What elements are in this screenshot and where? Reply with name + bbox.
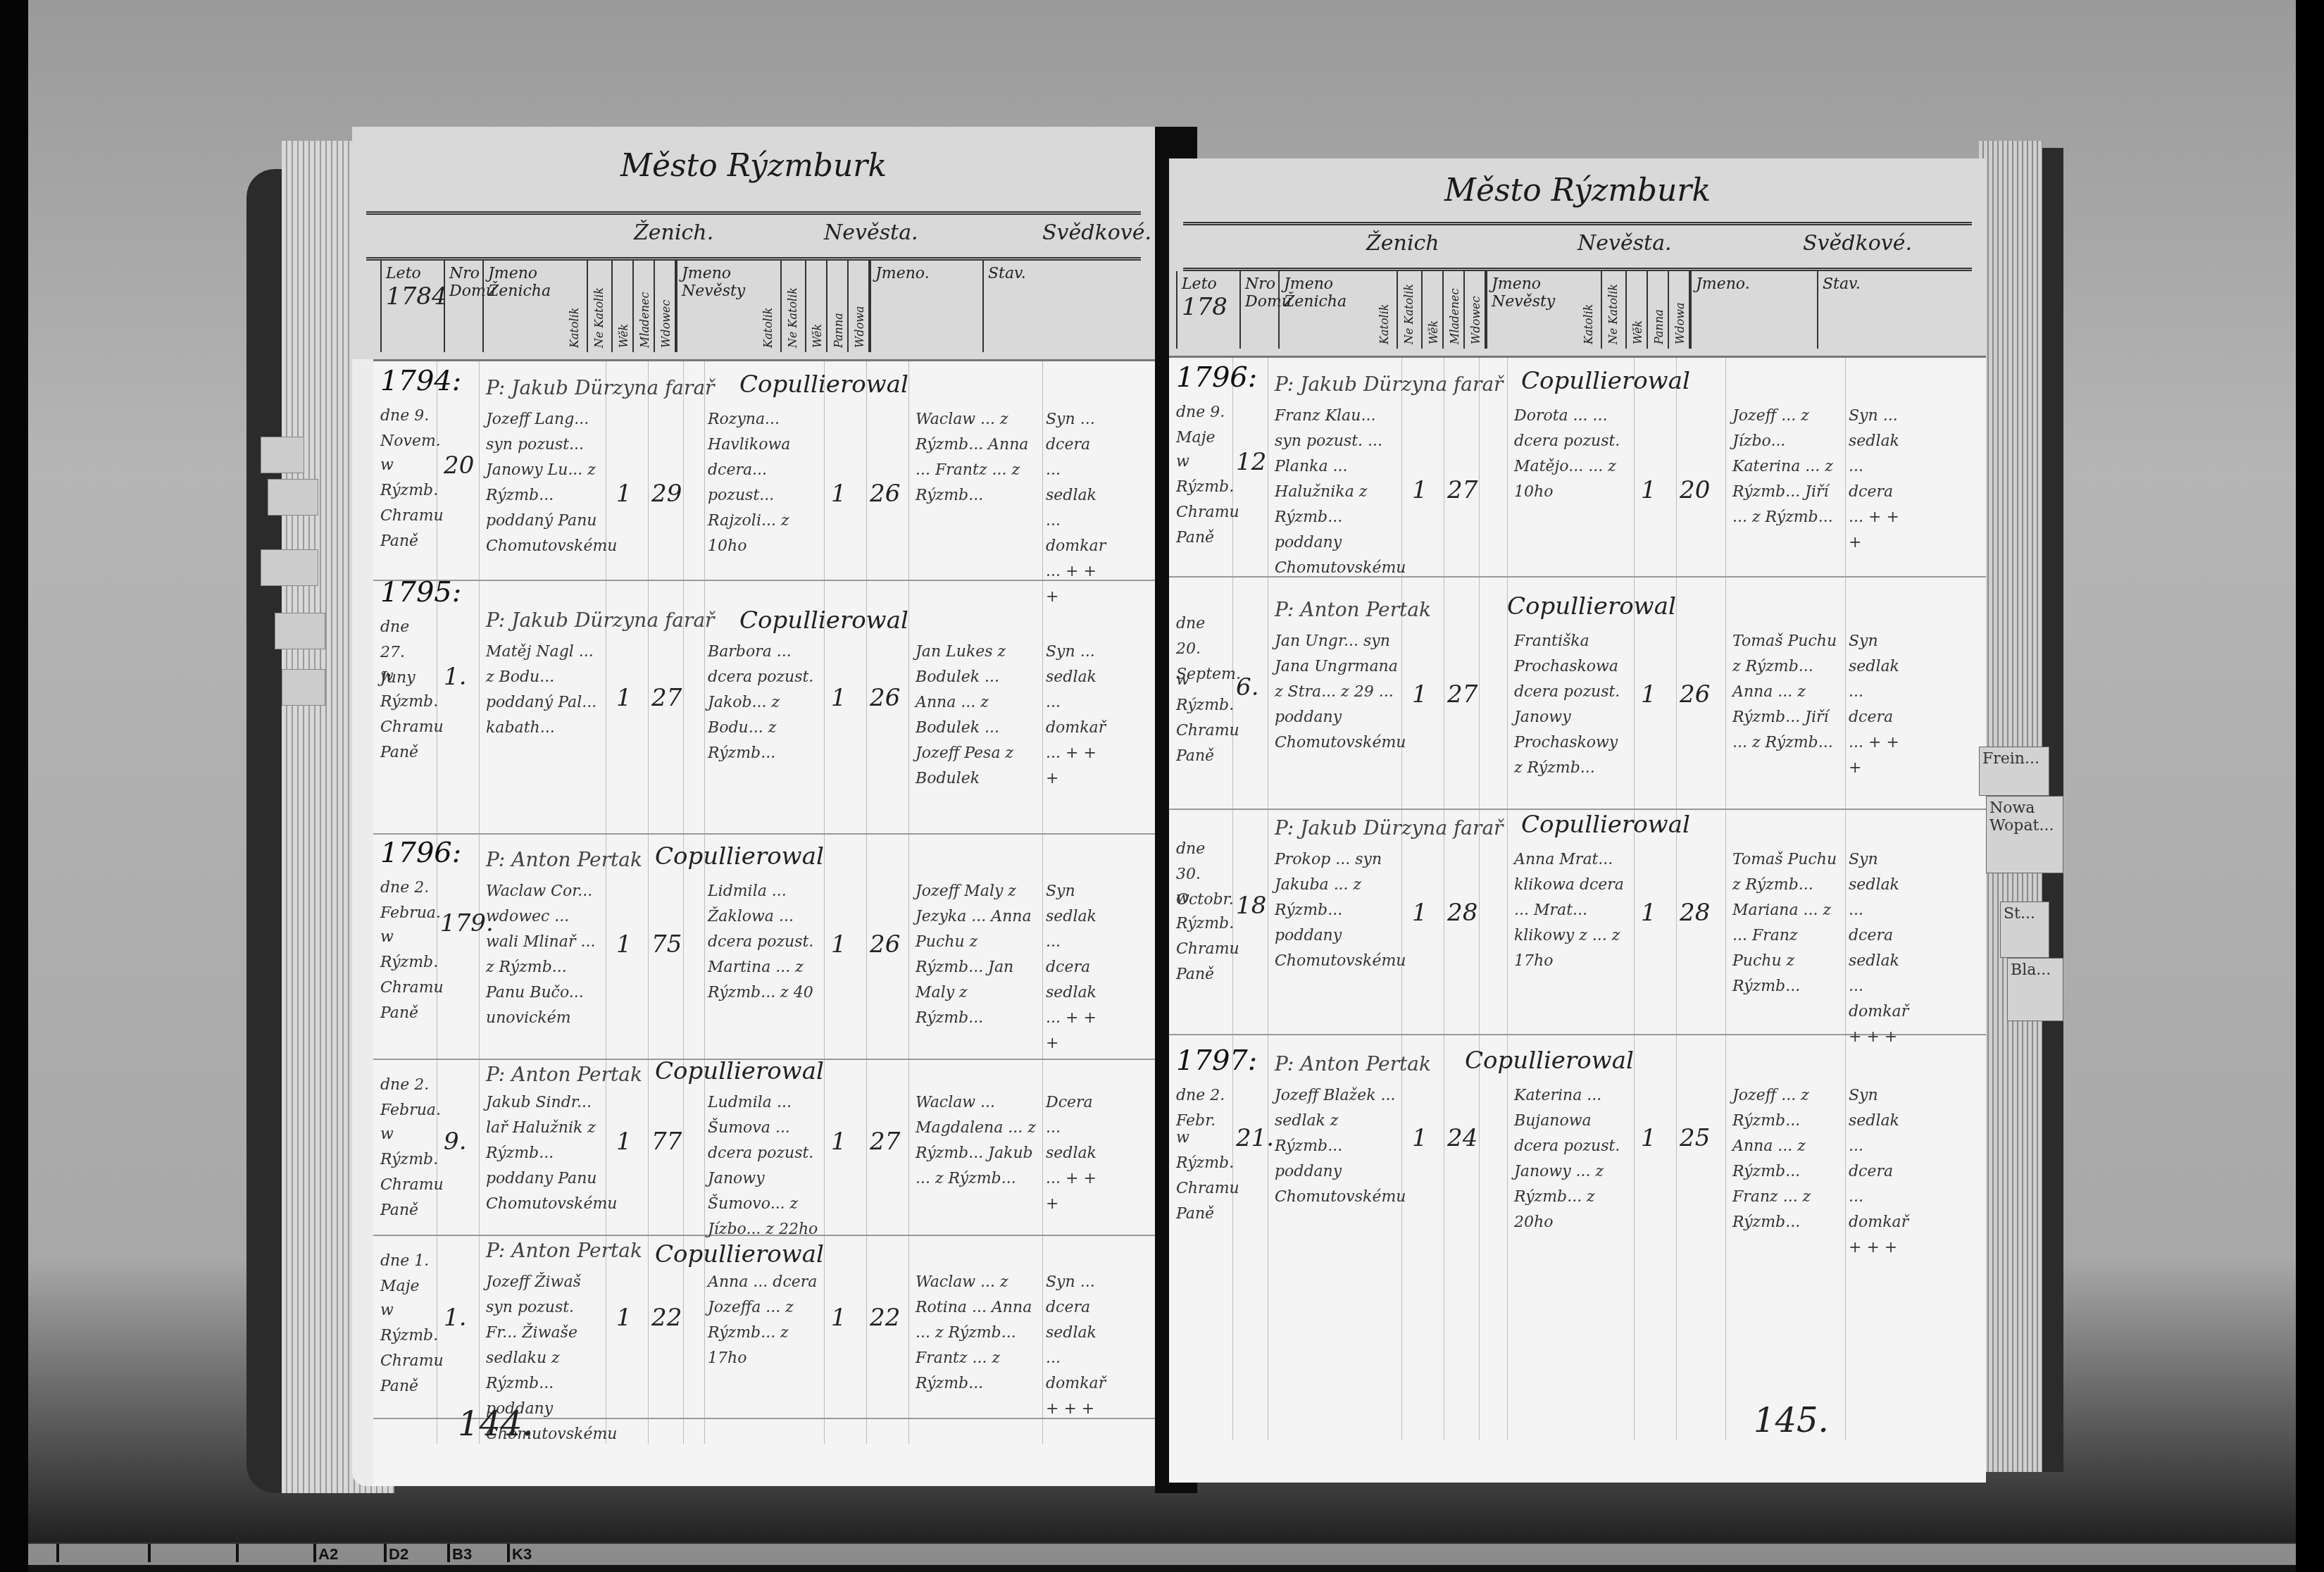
group-header-witnesses: Svědkové. [1042,220,1151,245]
film-ruler: A2 D2 B3 K3 [28,1542,2296,1565]
page-number-left: 144. [458,1404,533,1444]
col-groom-name: Jmeno Ženicha [482,261,563,352]
group-header-bride: Nevěsta. [824,220,918,245]
group-header-row: Ženich Nevěsta. Svědkové. [1183,222,1972,271]
register-book: Město Rýzmburk Ženich. Nevěsta. Svědkové… [246,127,2063,1500]
col-year: Leto178 [1176,271,1239,349]
register-entry: 1796: dne 2. Februa. w Rýzmb. Chramu Pan… [373,833,1155,1060]
page-title: Město Rýzmburk [352,148,1155,184]
index-tab [275,613,325,649]
col-bride-noncatholic: Ne Katolik [1602,271,1627,349]
col-bride-catholic: Katolik [757,261,782,352]
page-title: Město Rýzmburk [1169,173,1986,208]
side-tab: St... [2000,902,2049,958]
side-tab: Nowa Wopat... [1986,796,2063,873]
col-bride-noncatholic: Ne Katolik [782,261,806,352]
film-edge-right [2296,0,2324,1572]
col-maiden: Panna [1648,271,1669,349]
index-tab [282,669,325,706]
col-bachelor: Mladenec [634,261,655,352]
col-groom-age: Wěk [613,261,634,352]
side-tab: Bla... [2007,958,2063,1021]
col-witness-name: Jmeno. [1690,271,1817,349]
col-widow: Wdowa [1669,271,1690,349]
col-bride-age: Wěk [806,261,827,352]
register-entry: dne 1. Maje w Rýzmb. Chramu Paně 1. P: A… [373,1235,1155,1419]
left-entries-sheet: 1794: dne 9. Novem. w Rýzmb. Chramu Paně… [373,359,1155,1486]
right-entries-sheet: 1796: dne 9. Maje w Rýzmb. Chramu Paně 1… [1169,356,1986,1483]
register-entry: dne 30. Octobr. w Rýzmb. Chramu Paně 18 … [1169,809,1986,1035]
col-widower: Wdowec [1465,271,1486,349]
ruler-label: D2 [389,1545,408,1564]
group-header-witnesses: Svědkové. [1803,231,1912,256]
film-edge-left [0,0,28,1572]
ruler-label: K3 [512,1545,532,1564]
register-entry: 1797: dne 2. Febr. w Rýzmb. Chramu Paně … [1169,1034,1986,1245]
left-page: Město Rýzmburk Ženich. Nevěsta. Svědkové… [352,127,1155,1486]
right-page: Město Rýzmburk Ženich Nevěsta. Svědkové.… [1169,158,1986,1483]
register-entry: 1795: dne 27. Juny w Rýzmb. Chramu Paně … [373,580,1155,835]
index-tab [261,549,318,586]
col-bachelor: Mladenec [1444,271,1465,349]
ruler-label: A2 [318,1545,338,1564]
index-tab [268,479,318,516]
index-tab [261,437,304,473]
group-header-groom: Ženich. [634,220,713,245]
right-page-header: Město Rýzmburk Ženich Nevěsta. Svědkové.… [1169,158,1986,356]
col-witness-status: Stav. [982,261,1039,352]
col-groom-catholic: Katolik [563,261,588,352]
group-header-bride: Nevěsta. [1578,231,1672,256]
col-groom-name: Jmeno Ženicha [1278,271,1373,349]
group-header-row: Ženich. Nevěsta. Svědkové. [366,211,1141,261]
col-widow: Wdowa [849,261,870,352]
col-groom-catholic: Katolik [1373,271,1398,349]
col-widower: Wdowec [655,261,676,352]
page-number-right: 145. [1754,1401,1829,1440]
col-year: Leto1784 [380,261,444,352]
col-groom-noncatholic: Ne Katolik [1398,271,1423,349]
register-entry: 1796: dne 9. Maje w Rýzmb. Chramu Paně 1… [1169,365,1986,578]
col-house: Nro Domu [444,261,482,352]
col-bride-age: Wěk [1627,271,1648,349]
register-entry: dne 2. Februa. w Rýzmb. Chramu Paně 9. P… [373,1059,1155,1236]
ruler-label: B3 [452,1545,472,1564]
col-bride-name: Jmeno Nevěsty [676,261,757,352]
col-groom-noncatholic: Ne Katolik [588,261,613,352]
col-witness-name: Jmeno. [870,261,982,352]
col-witness-status: Stav. [1817,271,1880,349]
col-house: Nro Domu [1239,271,1278,349]
col-bride-name: Jmeno Nevěsty [1486,271,1578,349]
register-entry: dne 20. Septem. w Rýzmb. Chramu Paně 6. … [1169,576,1986,810]
index-tabs-left [261,437,317,732]
col-groom-age: Wěk [1423,271,1444,349]
register-entry: 1794: dne 9. Novem. w Rýzmb. Chramu Paně… [373,368,1155,581]
left-page-header: Město Rýzmburk Ženich. Nevěsta. Svědkové… [352,127,1155,359]
side-tab: Frein... [1979,747,2049,796]
col-maiden: Panna [827,261,849,352]
group-header-groom: Ženich [1366,231,1439,256]
col-bride-catholic: Katolik [1578,271,1602,349]
